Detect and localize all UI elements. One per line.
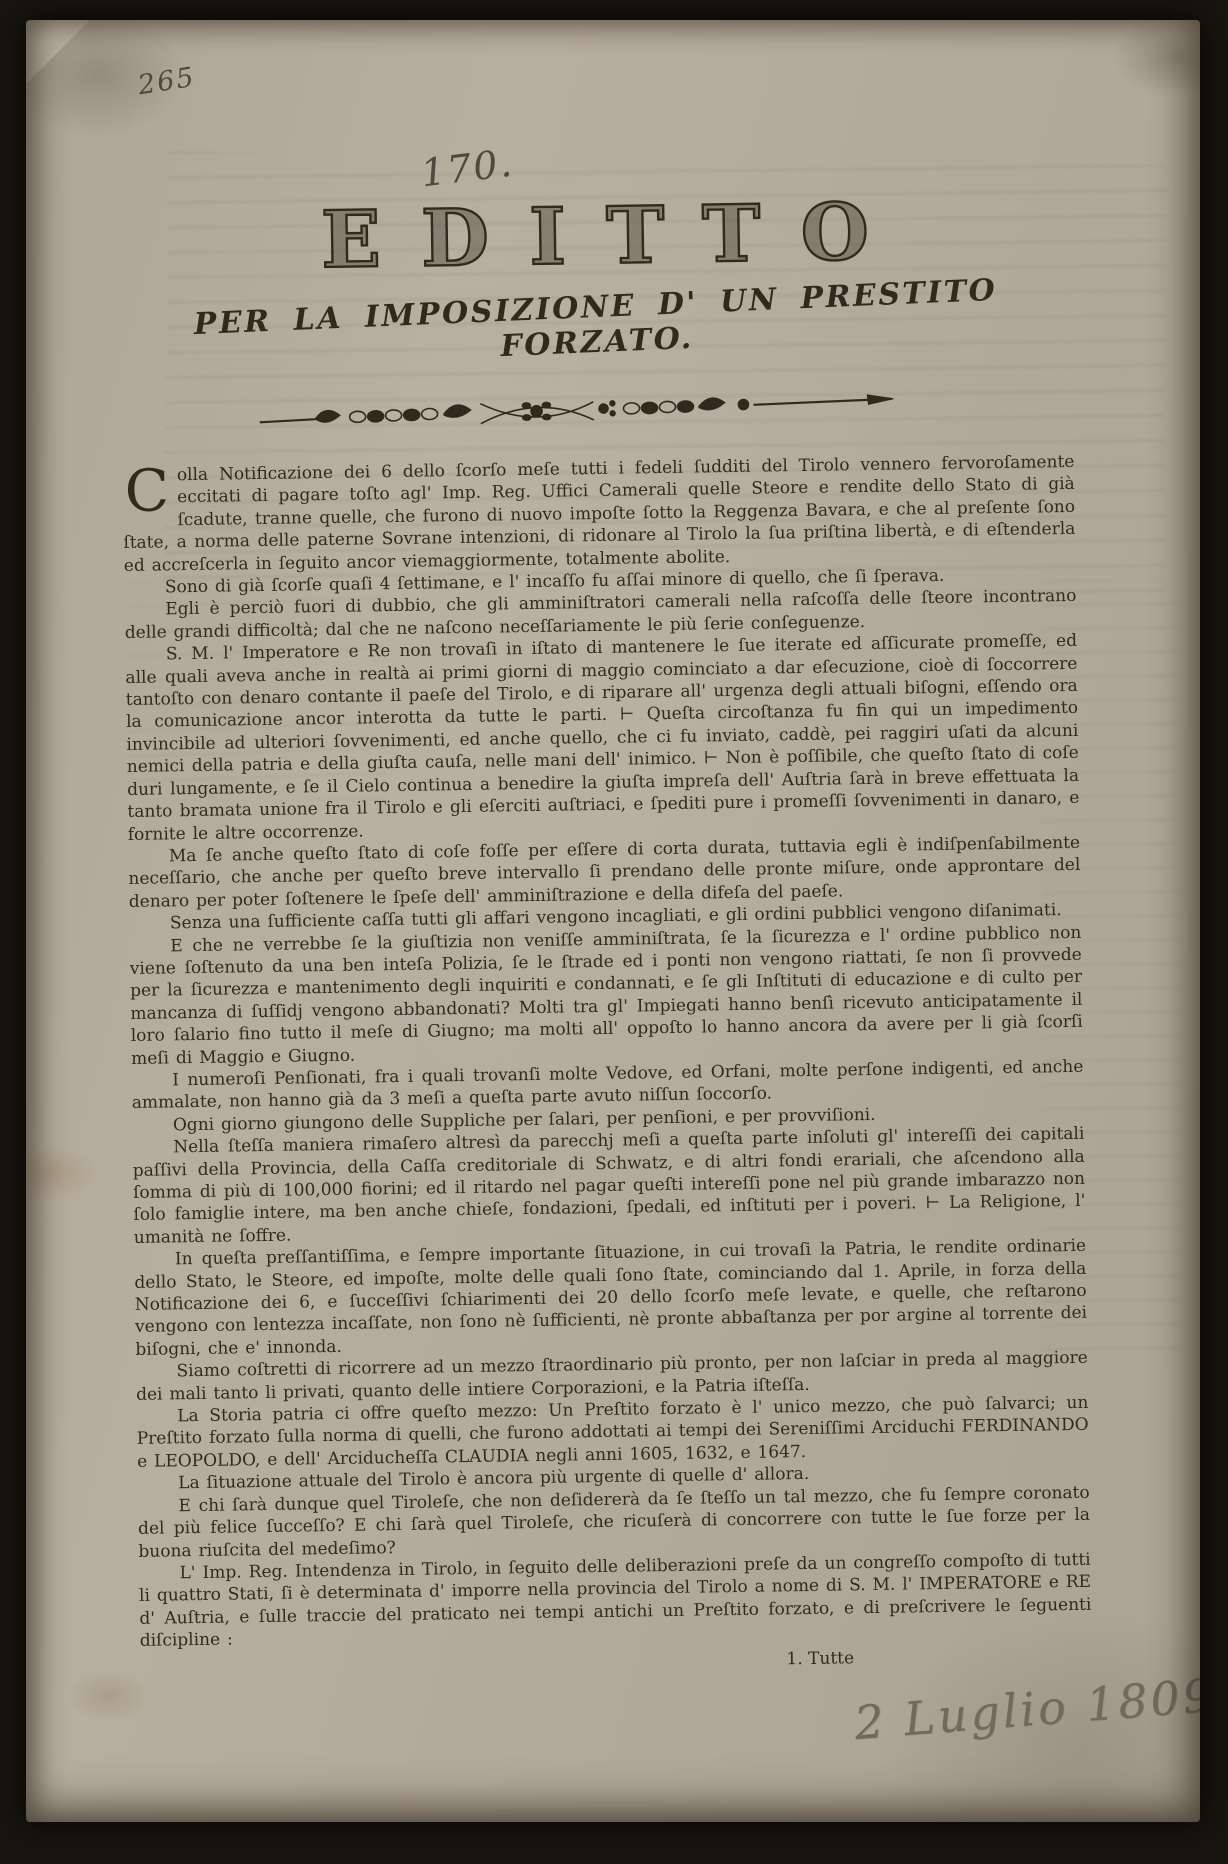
body-paragraph: S. M. l' Imperatore e Re non trovaſi in …	[125, 630, 1080, 846]
handwritten-date-note: 2 Luglio 1809	[852, 1668, 1200, 1750]
printed-text-block: EDITTO PER LA IMPOSIZIONE D' UN PRESTITO…	[118, 163, 1092, 1678]
body-paragraph: In queſta preſſantiſſima, e ſempre impor…	[134, 1235, 1088, 1361]
edict-subtitle: PER LA IMPOSIZIONE D' UN PRESTITO FORZAT…	[119, 270, 1073, 381]
body-paragraph: Nella ſteſſa maniera rimaſero altresì da…	[132, 1123, 1086, 1249]
handwritten-archive-number: 265	[136, 62, 198, 102]
body-paragraph: Colla Notificazione dei 6 dello ſcorſo m…	[122, 451, 1076, 577]
paper-fold-corner	[26, 20, 90, 84]
body-paragraph: E che ne verrebbe ſe la giuſtizia non ve…	[129, 921, 1083, 1070]
scan-background: { "document": { "annotations": { "top_le…	[0, 0, 1228, 1864]
body-text: Colla Notificazione dei 6 dello ſcorſo m…	[122, 451, 1092, 1653]
drop-cap-initial: C	[122, 464, 177, 514]
body-paragraph: L' Imp. Reg. Intendenza in Tirolo, in ſe…	[139, 1549, 1092, 1653]
edict-title: EDITTO	[118, 191, 1071, 283]
floral-rule-ornament-icon	[255, 382, 896, 442]
document-page: 265 170. EDITTO PER LA IMPOSIZIONE D' UN…	[26, 20, 1200, 1822]
